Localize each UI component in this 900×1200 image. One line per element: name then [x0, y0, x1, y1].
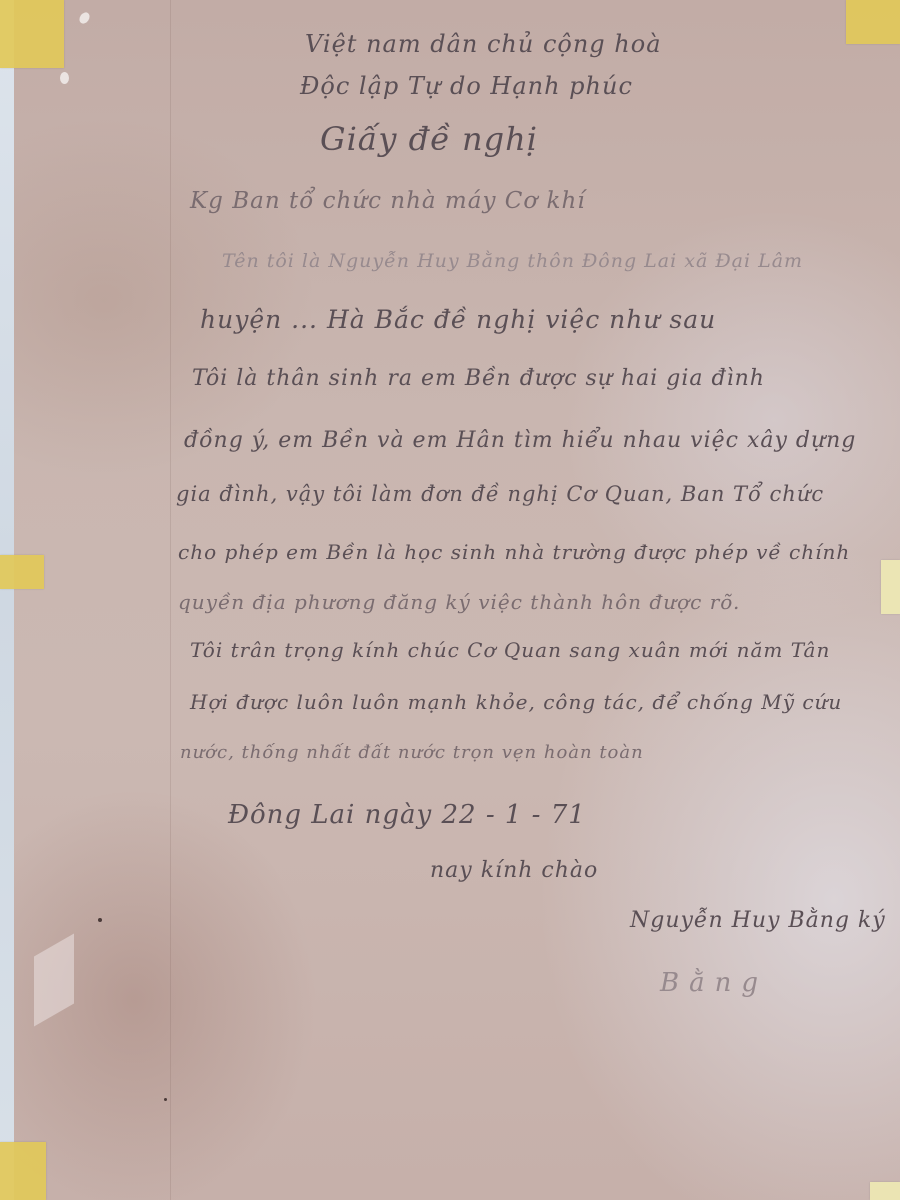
- body-line: nước, thống nhất đất nước trọn vẹn hoàn …: [180, 742, 644, 763]
- body-line: Tôi là thân sinh ra em Bền được sự hai g…: [192, 366, 765, 391]
- closing-line: nay kính chào: [430, 858, 598, 883]
- tape-mid-right: [881, 560, 900, 614]
- body-line: Tôi trân trọng kính chúc Cơ Quan sang xu…: [190, 638, 830, 662]
- body-line: Hợi được luôn luôn mạnh khỏe, công tác, …: [190, 690, 842, 714]
- signature-scrawl: Bằng: [660, 968, 768, 998]
- body-line: cho phép em Bền là học sinh nhà trường đ…: [178, 540, 850, 564]
- body-line: đồng ý, em Bền và em Hân tìm hiểu nhau v…: [184, 428, 856, 453]
- paper-scuff: [34, 933, 74, 1026]
- tape-top-right: [846, 0, 900, 44]
- recipient-line: Kg Ban tổ chức nhà máy Cơ khí: [190, 188, 586, 214]
- ink-speck: [164, 1098, 167, 1101]
- place-date: Đông Lai ngày 22 - 1 - 71: [228, 800, 586, 830]
- ink-speck: [98, 918, 102, 922]
- document-title: Giấy đề nghị: [320, 120, 538, 158]
- tape-bottom-right: [870, 1182, 900, 1200]
- tape-bottom-left: [0, 1142, 46, 1200]
- body-line: gia đình, vậy tôi làm đơn đề nghị Cơ Qua…: [176, 482, 824, 506]
- tape-top-left: [0, 0, 64, 68]
- body-line: quyền địa phương đăng ký việc thành hôn …: [178, 590, 740, 614]
- tape-mid-left: [0, 555, 44, 589]
- signature-label: Nguyễn Huy Bằng ký: [630, 908, 886, 933]
- fold-crease: [170, 0, 171, 1200]
- body-line: huyện ... Hà Bắc đề nghị việc như sau: [200, 305, 716, 334]
- header-line-1: Việt nam dân chủ cộng hoà: [305, 30, 662, 58]
- body-line: Tên tôi là Nguyễn Huy Bằng thôn Đông Lai…: [222, 250, 803, 272]
- pin-hole: [60, 72, 69, 84]
- header-line-2: Độc lập Tự do Hạnh phúc: [300, 72, 633, 100]
